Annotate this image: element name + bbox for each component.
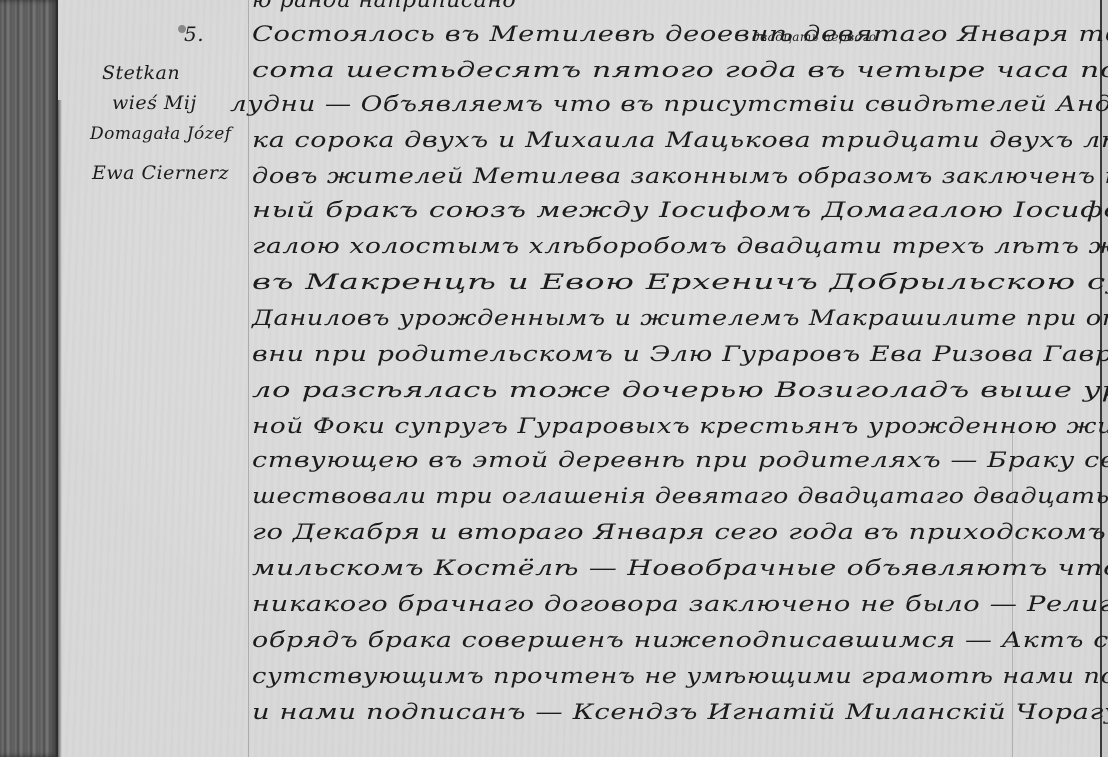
margin-line-4: Ewa Ciernerz [92, 162, 229, 184]
body-line: лудни — Объявляемъ что въ присутствіи св… [230, 92, 1108, 116]
body-line: сота шестьдесятъ пятого года въ четыре ч… [252, 58, 1108, 82]
body-line: ка сорока двухъ и Михаила Мацькова тридц… [252, 128, 1108, 152]
body-line: ной Фоки супругъ Гураровыхъ крестьянъ ур… [252, 414, 1108, 438]
body-line: шествовали три оглашенія девятаго двадца… [252, 484, 1108, 508]
body-line: сутствующимъ прочтенъ не умѣющими грамот… [252, 664, 1108, 688]
body-line: ный бракъ союзъ между Іосифомъ Домагалою… [252, 198, 1108, 222]
margin-line-3: Domagała Józef [90, 124, 232, 144]
entry-number: 5. [184, 22, 204, 46]
spine-shadow [56, 100, 62, 757]
body-line: довъ жителей Метилева законнымъ образомъ… [252, 164, 1108, 188]
body-line: въ Макренцѣ и Евою Ерхеничъ Добрыльскою … [252, 270, 1108, 294]
margin-line-2: wieś Mij [112, 92, 197, 114]
body-line: вни при родительскомъ и Элю Гураровъ Ева… [252, 342, 1108, 366]
body-line: ю ранда наприписано [252, 0, 516, 12]
body-line: обрядъ брака совершенъ нижеподписавшимся… [252, 628, 1108, 652]
body-line: галою холостымъ хлѣборобомъ двадцати тре… [252, 234, 1108, 258]
book-spine [0, 0, 58, 757]
scanned-document-page: 5. Stetkan wieś Mij Domagała Józef Ewa C… [0, 0, 1108, 757]
body-line: никакого брачнаго договора заключено не … [252, 592, 1108, 616]
body-line: ло разсѣялась тоже дочерью Возиголадъ вы… [252, 378, 1108, 402]
body-line: го Декабря и втораго Января сего года въ… [252, 520, 1108, 544]
body-line: Состоялось въ Метилевѣ деоевнѣ девятаго … [252, 22, 1108, 46]
body-line: и нами подписанъ — Ксендзъ Игнатій Милан… [252, 700, 1108, 724]
body-line: Даниловъ урожденнымъ и жителемъ Макрашил… [252, 306, 1108, 330]
body-line: мильскомъ Костёлѣ — Новобрачные объявляю… [252, 556, 1108, 580]
margin-line-1: Stetkan [102, 62, 180, 84]
body-line: ствующею въ этой деревнѣ при родителяхъ … [252, 448, 1108, 472]
